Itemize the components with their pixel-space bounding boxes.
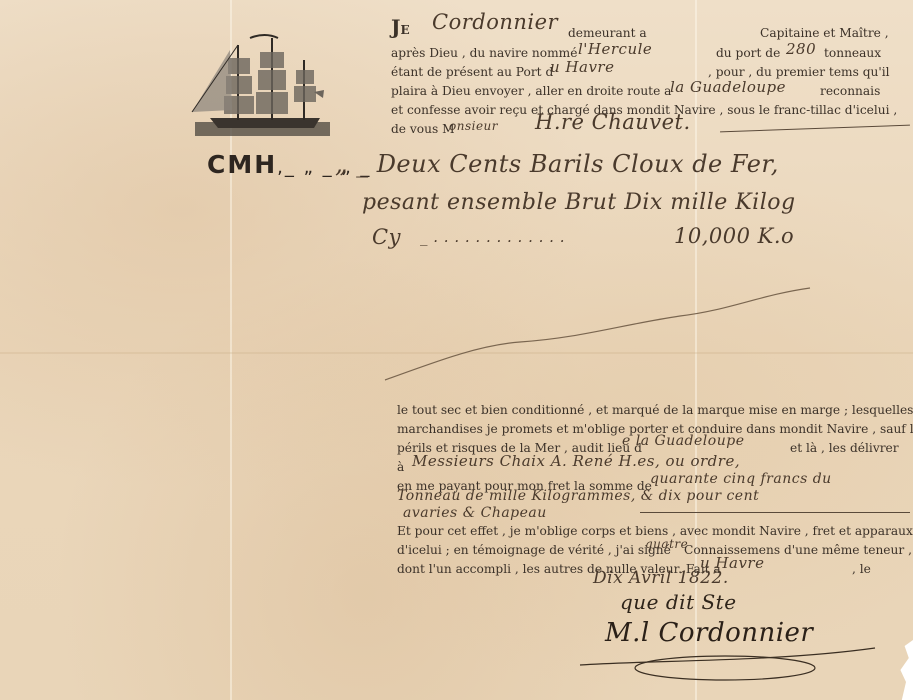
shipper-name: H.re Chauvet.: [535, 110, 691, 134]
body-line-3-post: et là , les délivrer: [790, 439, 899, 458]
freight-2: Tonneau de mille Kilogrammes, & dix pour…: [397, 488, 759, 504]
body-line-1: le tout sec et bien conditionné , et mar…: [397, 401, 913, 420]
text-capitaine: Capitaine et Maître ,: [760, 24, 889, 43]
ship-name: l'Hercule: [578, 40, 652, 58]
date: Dix Avril 1822.: [593, 568, 729, 588]
text-tonneaux: tonneaux: [824, 44, 881, 63]
mark-label: CMH: [207, 150, 277, 179]
consignee: Messieurs Chaix A. René H.es, ou ordre,: [412, 452, 740, 470]
fill-line: [640, 512, 910, 513]
cargo-line-1: „ _ Deux Cents Barils Cloux de Fer,: [335, 150, 779, 178]
signature-flourish: [575, 640, 895, 690]
captain-name: Cordonnier: [432, 10, 558, 34]
text-de-vous: de vous M: [391, 120, 455, 139]
body-line-7: d'icelui ; en témoignage de vérité , j'a…: [397, 541, 671, 560]
text-reconnais: reconnais: [820, 82, 880, 101]
body-line-4: à: [397, 458, 404, 477]
body-line-8-post: , le: [852, 560, 871, 579]
torn-edge: [899, 640, 913, 700]
freight-1: quarante cinq francs du: [650, 471, 832, 487]
text-plaira: plaira à Dieu envoyer , aller en droite …: [391, 82, 671, 101]
header-line-1: JE: [391, 18, 411, 40]
flourish-line: [720, 125, 910, 133]
cargo-line-2: pesant ensemble Brut Dix mille Kilog: [362, 190, 796, 215]
destination-2: e la Guadeloupe: [622, 433, 744, 449]
tonnage: 280: [786, 40, 816, 58]
cargo-dots: _ . . . . . . . . . . . . .: [420, 228, 565, 246]
freight-3: avaries & Chapeau: [403, 505, 547, 521]
sailing-ship-icon: [190, 30, 335, 150]
monsieur-hand: onsieur: [449, 119, 498, 133]
text-port-de: du port de: [716, 44, 780, 63]
cargo-weight: 10,000 K.o: [674, 224, 794, 248]
initial-letter-e: E: [400, 23, 410, 37]
departure-port: u Havre: [550, 58, 614, 76]
cargo-cy: Cy: [372, 225, 401, 249]
bill-of-lading-document: CMH,_ „ _ „ _ JE Cordonnier demeurant a …: [0, 0, 913, 700]
cancel-stroke: [380, 280, 900, 390]
destination: la Guadeloupe: [670, 78, 786, 96]
closing: que dit Ste: [620, 590, 737, 614]
copies-count: quatre: [645, 537, 688, 551]
text-etant-present: étant de présent au Port d: [391, 63, 553, 82]
